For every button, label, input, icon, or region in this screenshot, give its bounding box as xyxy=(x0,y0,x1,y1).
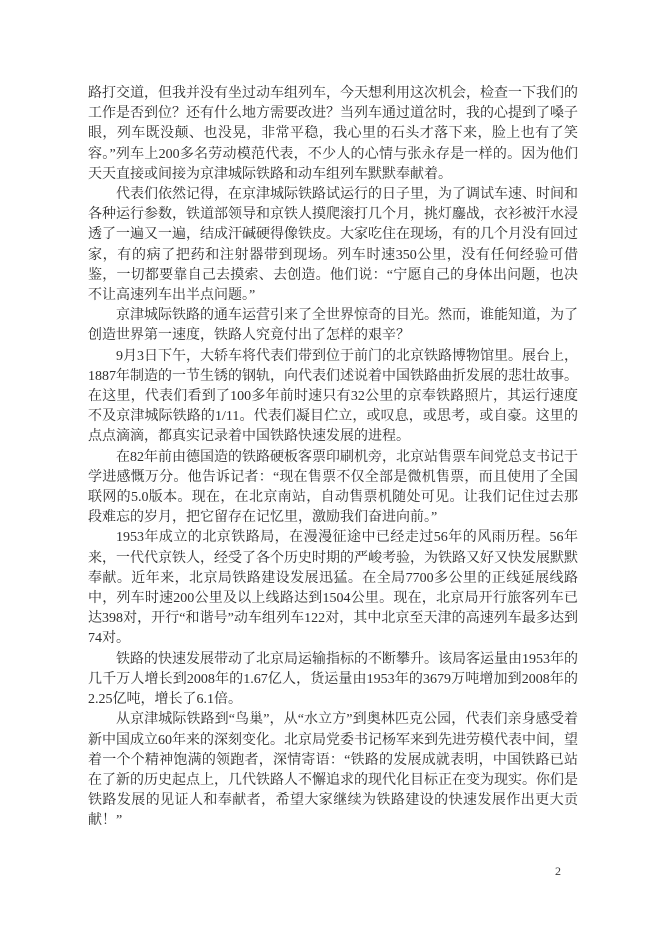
paragraph-6: 1953年成立的北京铁路局，在漫漫征途中已经走过56年的风雨历程。56年来，一代… xyxy=(88,528,578,649)
paragraph-1: 路打交道，但我并没有坐过动车组列车，今天想利用这次机会，检查一下我们的工作是否到… xyxy=(88,84,578,185)
paragraph-8: 从京津城际铁路到“鸟巢”，从“水立方”到奥林匹克公园，代表们亲身感受着新中国成立… xyxy=(88,710,578,831)
paragraph-5: 在82年前由德国造的铁路硬板客票印刷机旁，北京站售票车间党总支书记于学进感慨万分… xyxy=(88,448,578,529)
paragraph-2: 代表们依然记得，在京津城际铁路试运行的日子里，为了调试车速、时间和各种运行参数，… xyxy=(88,185,578,306)
paragraph-7: 铁路的快速发展带动了北京局运输指标的不断攀升。该局客运量由1953年的几千万人增… xyxy=(88,650,578,711)
article-text-block: 路打交道，但我并没有坐过动车组列车，今天想利用这次机会，检查一下我们的工作是否到… xyxy=(88,84,578,832)
paragraph-4: 9月3日下午，大轿车将代表们带到位于前门的北京铁路博物馆里。展台上，1887年制… xyxy=(88,347,578,448)
page-number: 2 xyxy=(548,863,568,879)
paragraph-3: 京津城际铁路的通车运营引来了全世界惊奇的目光。然而，谁能知道，为了创造世界第一速… xyxy=(88,306,578,346)
document-page: 路打交道，但我并没有坐过动车组列车，今天想利用这次机会，检查一下我们的工作是否到… xyxy=(0,0,661,935)
